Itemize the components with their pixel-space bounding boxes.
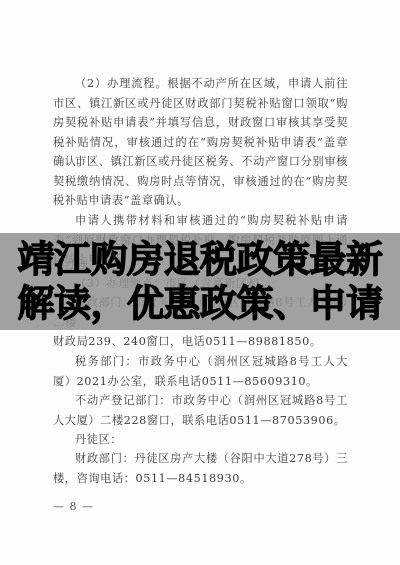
headline-line-1: 靖江购房退税政策最新	[18, 238, 383, 282]
page-number: — 8 —	[53, 500, 94, 513]
paragraph-tax-review: 市区、镇江新区或丹徒区税务、不动产窗口分别审核契税缴纳情况、购房时点等情况，审核…	[53, 152, 348, 211]
headline-line-2: 解读，优惠政策、申请	[18, 282, 383, 326]
paragraph-finance-window: 财政局239、240窗口，电话0511—89881850。	[53, 332, 348, 352]
paragraph-tax-dept: 税务部门：市政务中心（润州区冠城路8号工人大厦）2021办公室，联系电话0511…	[53, 352, 348, 391]
paragraph-realestate-dept: 不动产登记部门：市政务中心（润州区冠城路8号工人大厦）二楼228窗口，联系电话0…	[53, 391, 348, 430]
paragraph-dantu-heading: 丹徒区：	[53, 430, 348, 450]
headline-overlay: 靖江购房退税政策最新 解读，优惠政策、申请	[0, 233, 400, 330]
paragraph-dantu-finance: 财政部门：丹徒区房产大楼（谷阳中大道278号）三楼，咨询电话：0511—8451…	[53, 449, 348, 488]
